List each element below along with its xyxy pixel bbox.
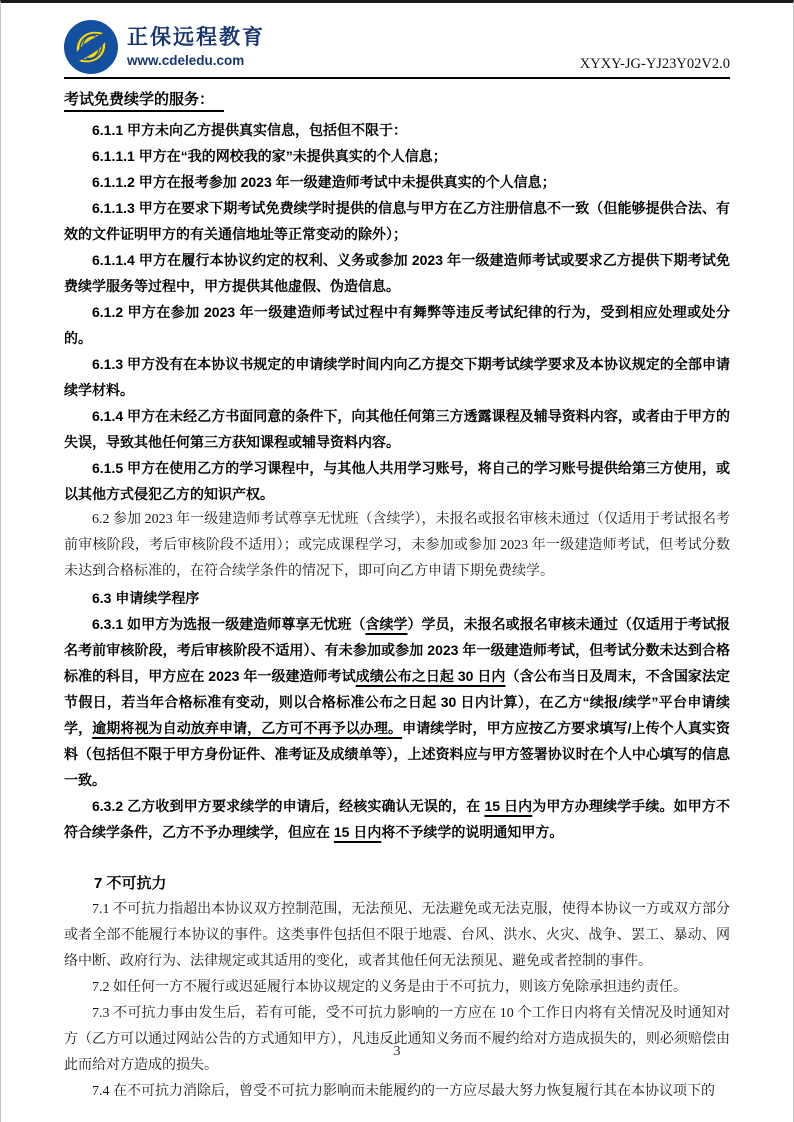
underlined-text: 成绩公布之日起 30 日内 bbox=[356, 668, 506, 684]
brand-text: 正保远程教育 www.cdeledu.com bbox=[127, 25, 265, 68]
text-run: 6.1.3 甲方没有在本协议书规定的申请续学时间内向乙方提交下期考试续学要求及本… bbox=[64, 356, 730, 398]
paragraph: 6.1.1.4 甲方在履行本协议约定的权利、义务或参加 2023 年一级建造师考… bbox=[64, 247, 730, 299]
paragraph: 7.4 在不可抗力消除后，曾受不可抗力影响而未能履约的一方应尽最大努力恢复履行其… bbox=[64, 1079, 730, 1105]
text-run: 7.1 不可抗力指超出本协议双方控制范围，无法预见、无法避免或无法克服，使得本协… bbox=[64, 902, 730, 969]
text-run: 6.1.4 甲方在未经乙方书面同意的条件下，向其他任何第三方透露课程及辅导资料内… bbox=[64, 408, 730, 450]
paragraph: 7.3 不可抗力事由发生后，若有可能，受不可抗力影响的一方应在 10 个工作日内… bbox=[64, 1001, 730, 1079]
doc-code: XYXY-JG-YJ23Y02V2.0 bbox=[580, 56, 730, 74]
text-run: 将不予续学的说明通知甲方。 bbox=[381, 824, 563, 840]
underlined-text: 逾期将视为自动放弃申请，乙方可不再予以办理。 bbox=[92, 720, 402, 736]
brand-logo: 正保远程教育 www.cdeledu.com bbox=[64, 20, 265, 74]
text-run: 6.1.2 甲方在参加 2023 年一级建造师考试过程中有舞弊等违反考试纪律的行… bbox=[64, 304, 730, 346]
text-run: 6.3 申请续学程序 bbox=[92, 590, 199, 606]
paragraph: 6.3.2 乙方收到甲方要求续学的申请后，经核实确认无误的，在 15 日内为甲方… bbox=[64, 793, 730, 845]
paragraph: 6.2 参加 2023 年一级建造师考试尊享无忧班（含续学），未报名或报名审核未… bbox=[64, 507, 730, 585]
paragraph: 6.1.2 甲方在参加 2023 年一级建造师考试过程中有舞弊等违反考试纪律的行… bbox=[64, 299, 730, 351]
paragraph: 7.1 不可抗力指超出本协议双方控制范围，无法预见、无法避免或无法克服，使得本协… bbox=[64, 897, 730, 975]
underlined-text: 15 日内 bbox=[484, 798, 532, 814]
text-run: 7.2 如任何一方不履行或迟延履行本协议规定的义务是由于不可抗力，则该方免除承担… bbox=[92, 980, 687, 995]
text-run: 6.1.1.1 甲方在“我的网校我的家”未提供真实的个人信息； bbox=[92, 148, 447, 164]
document-header: 正保远程教育 www.cdeledu.com XYXY-JG-YJ23Y02V2… bbox=[64, 3, 730, 74]
page-title: 考试免费续学的服务： bbox=[64, 88, 224, 112]
paragraph: 6.3 申请续学程序 bbox=[64, 585, 730, 611]
document-page: 正保远程教育 www.cdeledu.com XYXY-JG-YJ23Y02V2… bbox=[0, 0, 794, 1122]
underlined-text: 含续学 bbox=[365, 616, 407, 632]
document-body: 6.1.1 甲方未向乙方提供真实信息，包括但不限于：6.1.1.1 甲方在“我的… bbox=[64, 117, 730, 1105]
page-footer: 3 bbox=[1, 1044, 793, 1060]
paragraph: 7 不可抗力 bbox=[64, 871, 730, 897]
text-run: 6.1.1.2 甲方在报考参加 2023 年一级建造师考试中未提供真实的个人信息… bbox=[92, 174, 556, 190]
text-run: 6.3.2 乙方收到甲方要求续学的申请后，经核实确认无误的，在 bbox=[92, 798, 484, 814]
paragraph: 6.1.1.1 甲方在“我的网校我的家”未提供真实的个人信息； bbox=[64, 143, 730, 169]
text-run: 6.1.1 甲方未向乙方提供真实信息，包括但不限于： bbox=[92, 122, 407, 138]
brand-name: 正保远程教育 bbox=[127, 25, 265, 50]
paragraph: 6.1.4 甲方在未经乙方书面同意的条件下，向其他任何第三方透露课程及辅导资料内… bbox=[64, 403, 730, 455]
paragraph: 6.1.5 甲方在使用乙方的学习课程中，与其他人共用学习账号，将自己的学习账号提… bbox=[64, 455, 730, 507]
brand-url: www.cdeledu.com bbox=[127, 53, 265, 69]
page-number: 3 bbox=[394, 1044, 401, 1059]
paragraph: 7.2 如任何一方不履行或迟延履行本协议规定的义务是由于不可抗力，则该方免除承担… bbox=[64, 975, 730, 1001]
text-run: 6.1.1.3 甲方在要求下期考试免费续学时提供的信息与甲方在乙方注册信息不一致… bbox=[64, 200, 730, 242]
paragraph: 6.1.1.3 甲方在要求下期考试免费续学时提供的信息与甲方在乙方注册信息不一致… bbox=[64, 195, 730, 247]
underlined-text: 15 日内 bbox=[334, 824, 381, 840]
header-divider bbox=[64, 77, 730, 79]
paragraph: 6.1.3 甲方没有在本协议书规定的申请续学时间内向乙方提交下期考试续学要求及本… bbox=[64, 351, 730, 403]
text-run: 6.1.5 甲方在使用乙方的学习课程中，与其他人共用学习账号，将自己的学习账号提… bbox=[64, 460, 730, 502]
text-run: 7 不可抗力 bbox=[94, 875, 167, 892]
paragraph: 6.1.1 甲方未向乙方提供真实信息，包括但不限于： bbox=[64, 117, 730, 143]
text-run: 6.3.1 如甲方为选报一级建造师尊享无忧班（ bbox=[92, 616, 365, 632]
text-run: 7.4 在不可抗力消除后，曾受不可抗力影响而未能履约的一方应尽最大努力恢复履行其… bbox=[92, 1084, 715, 1099]
text-run: 7.3 不可抗力事由发生后，若有可能，受不可抗力影响的一方应在 10 个工作日内… bbox=[64, 1006, 730, 1073]
swirl-logo-icon bbox=[64, 20, 118, 74]
text-run: 6.1.1.4 甲方在履行本协议约定的权利、义务或参加 2023 年一级建造师考… bbox=[64, 252, 730, 294]
paragraph: 6.1.1.2 甲方在报考参加 2023 年一级建造师考试中未提供真实的个人信息… bbox=[64, 169, 730, 195]
text-run: 6.2 参加 2023 年一级建造师考试尊享无忧班（含续学），未报名或报名审核未… bbox=[64, 512, 730, 579]
paragraph: 6.3.1 如甲方为选报一级建造师尊享无忧班（含续学）学员，未报名或报名审核未通… bbox=[64, 611, 730, 793]
